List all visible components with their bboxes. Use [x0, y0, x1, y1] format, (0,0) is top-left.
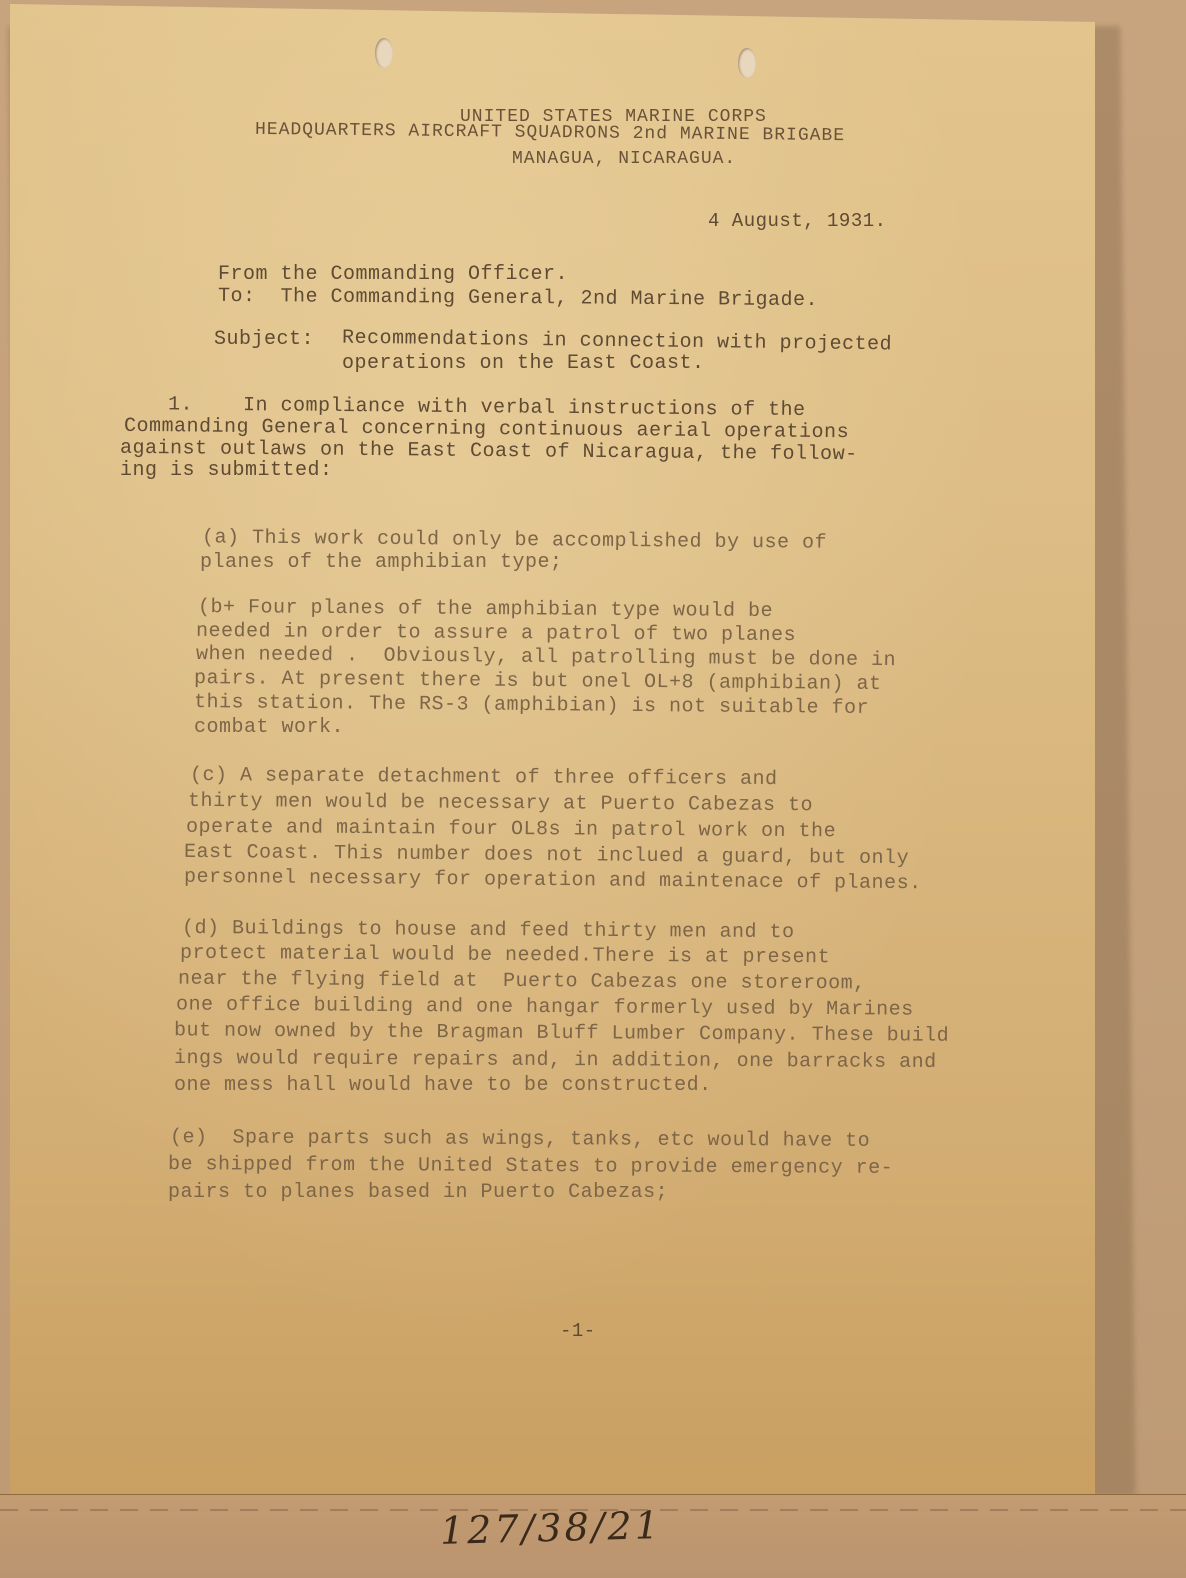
- page-number: -1-: [560, 1322, 596, 1341]
- item-c-line-3: operate and maintain four OL8s in patrol…: [186, 818, 836, 843]
- item-b-line-2: needed in order to assure a patrol of tw…: [196, 622, 796, 646]
- punch-hole-icon: [375, 38, 393, 68]
- subject-label: Subject:: [214, 330, 314, 350]
- item-a-line-1: (a) This work could only be accomplished…: [202, 528, 827, 553]
- item-d-line-3: near the flying field at Puerto Cabezas …: [178, 970, 866, 995]
- item-d-line-7: one mess hall would have to be construct…: [174, 1076, 712, 1096]
- handwritten-archive-number: 127/38/21: [439, 1503, 662, 1553]
- from-line: From the Commanding Officer.: [218, 265, 568, 285]
- subject-line-2: operations on the East Coast.: [342, 354, 705, 374]
- item-e-line-3: pairs to planes based in Puerto Cabezas;: [168, 1183, 668, 1203]
- item-d-line-5: but now owned by the Bragman Bluff Lumbe…: [174, 1021, 949, 1046]
- item-d-line-4: one office building and one hangar forme…: [176, 995, 914, 1020]
- punch-hole-icon: [738, 48, 756, 78]
- item-c-line-1: (c) A separate detachment of three offic…: [190, 766, 778, 790]
- letterhead-line-3: MANAGUA, NICARAGUA.: [512, 150, 736, 168]
- item-d-line-6: ings would require repairs and, in addit…: [174, 1049, 937, 1073]
- item-b-line-6: combat work.: [194, 718, 344, 738]
- intro-line-4: ing is submitted:: [120, 461, 333, 481]
- item-e-line-1: (e) Spare parts such as wings, tanks, et…: [170, 1128, 870, 1152]
- item-b-line-1: (b+ Four planes of the amphibian type wo…: [198, 598, 773, 622]
- item-e-line-2: be shipped from the United States to pro…: [168, 1155, 893, 1179]
- item-d-line-1: (d) Buildings to house and feed thirty m…: [182, 919, 795, 943]
- document-date: 4 August, 1931.: [708, 212, 887, 231]
- item-d-line-2: protect material would be needed.There i…: [180, 944, 830, 969]
- document-page: [10, 4, 1095, 1494]
- to-line: To: The Commanding General, 2nd Marine B…: [218, 287, 818, 311]
- item-c-line-2: thirty men would be necessary at Puerto …: [188, 792, 813, 816]
- item-a-line-2: planes of the amphibian type;: [200, 553, 563, 573]
